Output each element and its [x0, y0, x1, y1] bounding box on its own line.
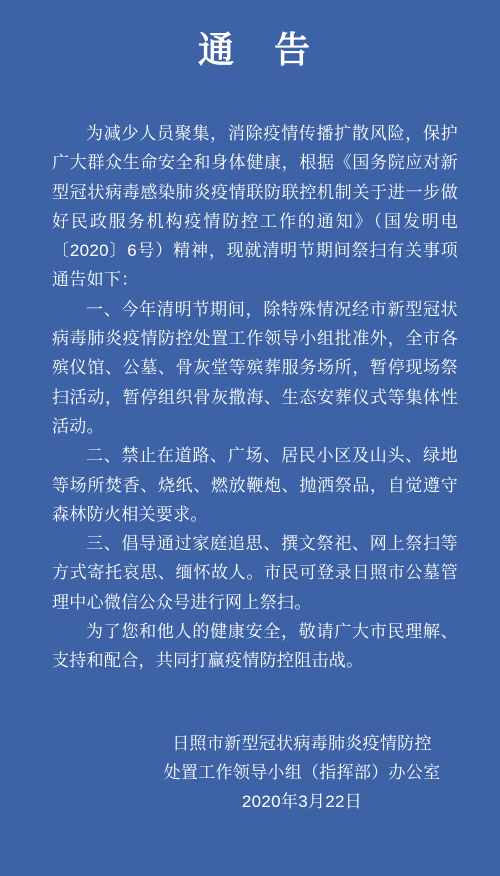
notice-page: 通 告 为减少人员聚集，消除疫情传播扩散风险，保护广大群众生命安全和身体健康，根…: [0, 0, 500, 876]
notice-paragraph-closing: 为了您和他人的健康安全，敬请广大市民理解、支持和配合，共同打赢疫情防控阻击战。: [52, 617, 458, 676]
notice-paragraph-item-2: 二、禁止在道路、广场、居民小区及山头、绿地等场所焚香、烧纸、燃放鞭炮、抛洒祭品，…: [52, 441, 458, 529]
signature-block: 日照市新型冠状病毒肺炎疫情防控 处置工作领导小组（指挥部）办公室 2020年3月…: [99, 729, 500, 817]
notice-paragraph-item-1: 一、今年清明节期间，除特殊情况经市新型冠状病毒肺炎疫情防控处置工作领导小组批准外…: [52, 295, 458, 441]
signature-date: 2020年3月22日: [99, 787, 500, 816]
notice-body: 为减少人员聚集，消除疫情传播扩散风险，保护广大群众生命安全和身体健康，根据《国务…: [52, 119, 458, 676]
notice-title: 通 告: [52, 30, 458, 70]
notice-paragraph-intro: 为减少人员聚集，消除疫情传播扩散风险，保护广大群众生命安全和身体健康，根据《国务…: [52, 119, 458, 295]
signature-org-line-2: 处置工作领导小组（指挥部）办公室: [99, 758, 500, 787]
signature-org-line-1: 日照市新型冠状病毒肺炎疫情防控: [99, 729, 500, 758]
notice-paragraph-item-3: 三、倡导通过家庭追思、撰文祭祀、网上祭扫等方式寄托哀思、缅怀故人。市民可登录日照…: [52, 529, 458, 617]
